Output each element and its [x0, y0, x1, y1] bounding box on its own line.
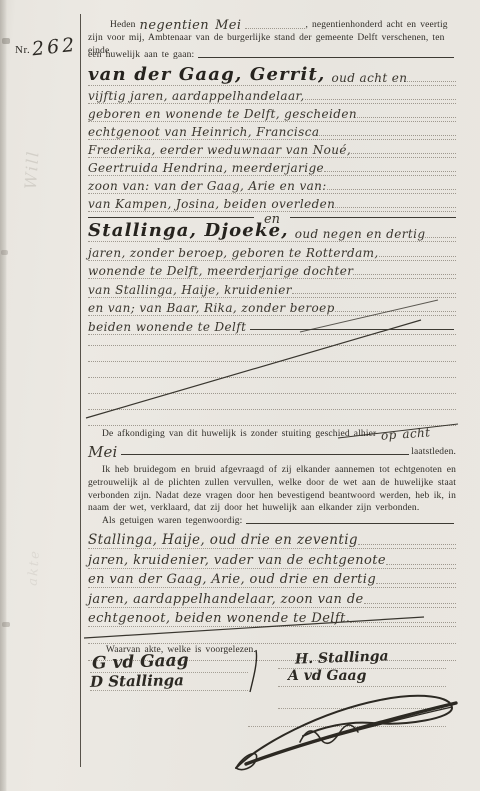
signature-bride: D Stallinga: [90, 671, 184, 691]
scan-smudge: [2, 622, 10, 627]
date-handwritten: negentien Mei: [140, 19, 242, 32]
groom-line: vijftig jaren, aardappelhandelaar,: [88, 89, 305, 103]
groom-line: echtgenoot van Heinrich, Francisca: [88, 125, 319, 139]
bride-line: jaren, zonder beroep, geboren te Rotterd…: [88, 246, 379, 260]
scan-page-edge: [0, 0, 7, 791]
scan-smudge: [1, 250, 8, 255]
signature-rule: [278, 708, 446, 709]
bleed-through-ghost-text: Will: [21, 149, 43, 190]
bleed-through-ghost-text: akte: [26, 549, 44, 587]
groom-section: van der Gaag, Gerrit, oud acht en vijfti…: [88, 60, 456, 226]
groom-line: Geertruida Hendrina, meerderjarige: [88, 161, 324, 175]
groom-age-intro: oud acht en: [332, 71, 408, 85]
announcement-suffix: laatstleden.: [411, 446, 456, 459]
marriage-certificate-scan: Will akte Nr.262 Heden negentien Mei , n…: [0, 0, 480, 791]
signature-rule: [248, 726, 446, 727]
blank-ruled-area: [88, 330, 456, 426]
groom-line: van Kampen, Josina, beiden overleden: [88, 197, 335, 211]
groom-line: Frederika, eerder weduwnaar van Noué,: [88, 143, 351, 157]
witnesses-intro: Als getuigen waren tegenwoordig:: [102, 515, 242, 528]
registrar-signature-flourish: [236, 696, 456, 770]
bride-name: Stallinga, Djoeke,: [88, 220, 289, 241]
vows-paragraph: Ik heb bruidegom en bruid afgevraagd of …: [88, 464, 456, 515]
witnesses-section: Stallinga, Haije, oud drie en zeventig j…: [88, 529, 456, 661]
act-number-label: Nr.: [15, 44, 30, 56]
announcement-month-handwritten: Mei: [88, 446, 117, 459]
groom-line: zoon van: van der Gaag, Arie en van:: [88, 179, 327, 193]
witnesses-intro-line: Als getuigen waren tegenwoordig:: [88, 515, 456, 528]
witness-line: jaren, aardappelhandelaar, zoon van de: [88, 592, 364, 607]
act-number-value: 262: [31, 34, 78, 61]
header-year: , negentienhonderd acht en veertig: [305, 19, 447, 32]
vows-text: Ik heb bruidegom en bruid afgevraagd of …: [88, 465, 456, 513]
signature-witness-1: H. Stallinga: [295, 648, 389, 667]
header-heden: Heden: [110, 19, 136, 32]
witness-line: en van der Gaag, Arie, oud drie en derti…: [88, 572, 376, 587]
header-line2: zijn voor mij, Ambtenaar van de burgerli…: [88, 32, 456, 47]
witness-line: Stallinga, Haije, oud drie en zeventig: [88, 532, 358, 548]
signature-witness-2: A vd Gaag: [288, 668, 366, 684]
bride-line: van Stallinga, Haije, kruidenier: [88, 283, 292, 297]
bride-line: en van; van Baar, Rika, zonder beroep: [88, 301, 335, 315]
announcement-section: De afkondiging van dit huwelijk is zonde…: [88, 424, 456, 459]
form-margin-rule: [80, 14, 81, 767]
signature-rule: [278, 686, 446, 687]
signature-groom: G vd Gaag: [92, 650, 189, 673]
header-paragraph: Heden negentien Mei , negentienhonderd a…: [88, 15, 456, 62]
bride-age-intro: oud negen en dertig: [295, 227, 426, 241]
bride-line: wonende te Delft, meerderjarige dochter: [88, 264, 353, 278]
bride-section: Stallinga, Djoeke, oud negen en dertig j…: [88, 218, 456, 335]
groom-line: geboren en wonende te Delft, gescheiden: [88, 107, 357, 121]
announcement-printed: De afkondiging van dit huwelijk is zonde…: [102, 428, 376, 441]
groom-name: van der Gaag, Gerrit,: [88, 64, 326, 85]
act-number: Nr.262: [15, 36, 78, 58]
scan-smudge: [2, 38, 10, 44]
witness-line: jaren, kruidenier, vader van de echtgeno…: [88, 553, 386, 568]
witness-line: echtgenoot, beiden wonende te Delft.: [88, 611, 350, 626]
